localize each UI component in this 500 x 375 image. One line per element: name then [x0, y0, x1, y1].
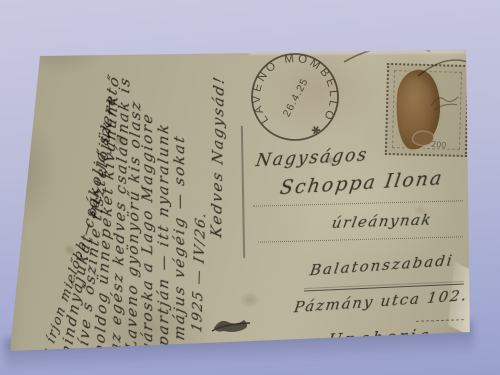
photo-backdrop: LAVENO MOMBELLO ✱ 26.4.25 200	[0, 0, 500, 375]
stamp-area: 200	[385, 63, 469, 157]
address-rule	[253, 200, 463, 206]
ink-blot	[210, 312, 252, 336]
handwriting-line: Kedves Nagysád!	[207, 74, 228, 240]
handwriting-line: Nagyságos	[254, 145, 369, 171]
stamp-value-text: 200	[431, 140, 447, 150]
handwriting-line: úrleánynak	[330, 210, 433, 232]
handwriting-line: Schoppa Ilona	[278, 167, 445, 199]
address-rule	[258, 236, 463, 242]
postmark-date: 26.4.25	[281, 76, 311, 119]
handwriting-line: 1925 — IV/26.	[189, 209, 209, 334]
handwriting-line: Balatonszabadi	[309, 251, 455, 279]
postcard: LAVENO MOMBELLO ✱ 26.4.25 200	[0, 0, 500, 375]
stamp-scribble	[428, 86, 463, 117]
handwriting-line: május végéig — sokat	[170, 133, 188, 342]
